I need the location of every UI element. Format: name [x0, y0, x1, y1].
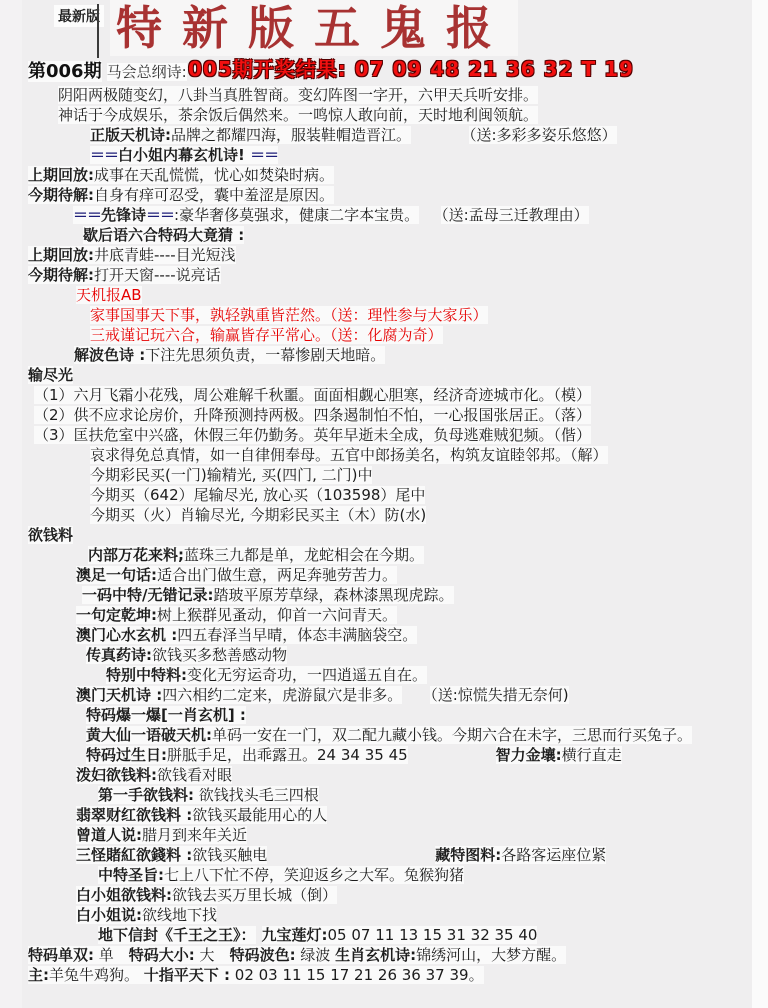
line-label: 主: [28, 966, 49, 984]
text-line: ＝＝先锋诗＝＝:豪华奢侈莫强求，健康二字本宝贵。（送:孟母三迁教理由） [28, 205, 768, 225]
text-line: 特别中特料:变化无穷运奇功，一四逍遥五自在。 [28, 665, 768, 685]
text-line: 澳门心水玄机 :四五春泽当早晴，体态丰满脑袋空。 [28, 625, 768, 645]
line-text: 各路客运座位紧 [501, 846, 606, 864]
line-label: 第一手欲钱料: [98, 786, 194, 804]
line-text: 踏玻平原芳草绿，森林漆黑现虎踪。 [213, 586, 453, 604]
line-text: 四五春泽当早晴，体态丰满脑袋空。 [177, 626, 417, 644]
line-text: 品牌之都耀四海，服装鞋帽造晋江。 [171, 126, 411, 144]
line-text: （3）匡扶危室中兴盛，休假三年仍勤务。英年早逝未全成，负母逃难贼犯频。（偕） [34, 426, 591, 444]
line-label: 欲钱料 [28, 526, 73, 544]
line-label: ＝＝ [90, 146, 118, 164]
text-line: 今期买（642）尾输尽光, 放心买（103598）尾中 [28, 485, 768, 505]
line-text: 天机报AB [76, 286, 142, 304]
line-text: 七上八下忙不停，笑迎返乡之大军。兔猴狗猪 [164, 866, 464, 884]
line-label: 生肖玄机诗: [335, 946, 416, 964]
line-text: 适合出门做生意，两足奔驰劳苦力。 [157, 566, 397, 584]
line-label: 解波色诗 : [74, 346, 145, 364]
line-text: 树上猴群见蚤动，仰首一六问青天。 [157, 606, 397, 624]
text-line: 特码过生日:胼胝手足，出乖露丑。24 34 35 45智力金壤:横行直走 [28, 745, 768, 765]
text-line: 一码中特/无错记录:踏玻平原芳草绿，森林漆黑现虎踪。 [28, 585, 768, 605]
line-text: 变化无穷运奇功，一四逍遥五自在。 [187, 666, 427, 684]
line-label: 输尽光 [28, 366, 73, 384]
line-text: 成事在天乱慌慌，忧心如焚染时病。 [94, 166, 334, 184]
text-line: 白小姐欲钱料:欲钱去买万里长城（倒） [28, 885, 768, 905]
text-line: （2）供不应求论房价，升降预测持两极。四条遏制怕不怕，一心报国张居正。（落） [28, 405, 768, 425]
line-label: 特码波色: [230, 946, 296, 964]
line-label: 上期回放: [28, 246, 94, 264]
issue-subtitle: 马会总纲诗: [107, 63, 187, 81]
text-line: ＝＝白小姐内幕玄机诗! ＝＝ [28, 145, 768, 165]
line-label: 翡翠财红欲钱料 : [76, 806, 192, 824]
text-line: 中特圣旨:七上八下忙不停，笑迎返乡之大军。兔猴狗猪 [28, 865, 768, 885]
text-line: 神话于今成娱乐，茶余饭后偶然来。一鸣惊人敢向前，天时地利闽领航。 [28, 105, 768, 125]
line-text: 欲钱买最能用心的人 [192, 806, 327, 824]
text-line: 三戒谨记玩六合，输赢皆存平常心。（送：化腐为奇） [28, 325, 768, 345]
line-label: 三怪賭紅欲錢料 : [76, 846, 192, 864]
line-text: 今期买（火）肖输尽光, 今期彩民买主（木）防(水) [90, 506, 426, 524]
line-text: （送:惊慌失措无奈何) [430, 686, 568, 704]
line-text: 阴阳两极随变幻，八卦当真胜智商。变幻阵图一字开，六甲天兵听安排。 [58, 86, 538, 104]
header-divider [97, 4, 99, 58]
line-text: 蓝珠三九都是单，龙蛇相会在今期。 [184, 546, 424, 564]
line-label: 白小姐欲钱料: [76, 886, 172, 904]
issue-number: 第006期 [28, 61, 102, 82]
text-line: 黄大仙一语破天机:单码一安在一门，双二配九藏小钱。今期六合在未字，三思而行买兔子… [28, 725, 768, 745]
text-line: 澳门天机诗 :四六相约二定来，虎游鼠穴是非多。（送:惊慌失措无奈何) [28, 685, 768, 705]
text-line: 上期回放:井底青蛙----目光短浅 [28, 245, 768, 265]
text-line: 特码爆一爆[一肖玄机] : [28, 705, 768, 725]
line-label: 内部万花来料; [88, 546, 184, 564]
text-line: 泼妇欲钱料:欲钱看对眼 [28, 765, 768, 785]
line-label: 九宝莲灯: [262, 926, 328, 944]
text-line: 白小姐说:欲线地下找 [28, 905, 768, 925]
report-header: 最新版 特新版五鬼报 第006期 马会总纲诗: 005期开奖结果: 07 09 … [0, 0, 768, 85]
line-text: 神话于今成娱乐，茶余饭后偶然来。一鸣惊人敢向前，天时地利闽领航。 [58, 106, 538, 124]
line-text: 横行直走 [562, 746, 622, 764]
line-label: 歇后语六合特码大竟猜 : [83, 226, 244, 244]
line-text: 腊月到来年关近 [142, 826, 247, 844]
line-label: 今期待解: [28, 266, 94, 284]
line-text: （1）六月飞霜小花残，周公难解千秋噩。面面相觑心胆寒，经济奇迹城市化。（模） [34, 386, 591, 404]
line-text: （2）供不应求论房价，升降预测持两极。四条遏制怕不怕，一心报国张居正。（落） [34, 406, 591, 424]
line-text: 单 [94, 946, 129, 964]
text-line: 正版天机诗:品牌之都耀四海，服装鞋帽造晋江。（送:多彩多姿乐悠悠） [28, 125, 768, 145]
text-line: 内部万花来料;蓝珠三九都是单，龙蛇相会在今期。 [28, 545, 768, 565]
line-text: 锦绣河山，大梦方醒。 [416, 946, 566, 964]
line-text: （送:孟母三迁教理由） [441, 206, 589, 224]
line-label: 今期待解: [28, 186, 94, 204]
text-line: 今期买（火）肖输尽光, 今期彩民买主（木）防(水) [28, 505, 768, 525]
text-line: 欲钱料 [28, 525, 768, 545]
line-text: 欲钱看对眼 [157, 766, 232, 784]
text-line: 一句定乾坤:树上猴群见蚤动，仰首一六问青天。 [28, 605, 768, 625]
line-text: 05 07 11 13 15 31 32 35 40 [328, 926, 538, 944]
line-label: 特别中特料: [106, 666, 187, 684]
text-line: 翡翠财红欲钱料 :欲钱买最能用心的人 [28, 805, 768, 825]
text-line: 歇后语六合特码大竟猜 : [28, 225, 768, 245]
line-text: 胼胝手足，出乖露丑。24 34 35 45 [167, 746, 408, 764]
line-text: 打开天窗----说亮话 [94, 266, 221, 284]
line-text: 02 03 11 15 17 21 26 36 37 39。 [230, 966, 484, 984]
line-label: 澳门天机诗 : [76, 686, 162, 704]
text-line: 三怪賭紅欲錢料 :欲钱买触电藏特图料:各路客运座位紧 [28, 845, 768, 865]
line-label: 先锋诗 [101, 206, 146, 224]
line-label: 特码单双: [28, 946, 94, 964]
line-label: 泼妇欲钱料: [76, 766, 157, 784]
text-line: 上期回放:成事在天乱慌慌，忧心如焚染时病。 [28, 165, 768, 185]
line-label: 一句定乾坤: [76, 606, 157, 624]
text-line: 第一手欲钱料: 欲钱找头毛三四根 [28, 785, 768, 805]
line-text: 羊兔牛鸡狗。 [49, 966, 144, 984]
text-line: 今期彩民买(一门)输精光, 买(四门, 二门)中 [28, 465, 768, 485]
page-title: 特新版五鬼报 [110, 0, 518, 56]
line-text: 今期买（642）尾输尽光, 放心买（103598）尾中 [90, 486, 425, 504]
line-label: 曾道人说: [76, 826, 142, 844]
line-text: 家事国事天下事，孰轻孰重皆茫然。（送：理性参与大家乐） [90, 306, 488, 324]
line-label: 藏特图料: [435, 846, 501, 864]
line-label: 地下信封《千王之王》： [98, 926, 256, 944]
line-text: 欲线地下找 [142, 906, 217, 924]
line-label: 特码爆一爆[一肖玄机] : [86, 706, 246, 724]
line-text: 自身有痒可忍受，囊中羞涩是原因。 [94, 186, 334, 204]
line-label: 智力金壤: [496, 746, 562, 764]
line-text: 绿波 [296, 946, 336, 964]
draw-result-overlay: 005期开奖结果: 07 09 48 21 36 32 T 19 [188, 53, 634, 82]
line-label: 白小姐内幕玄机诗! [118, 146, 250, 164]
line-label: 白小姐说: [76, 906, 142, 924]
text-line: 地下信封《千王之王》：九宝莲灯:05 07 11 13 15 31 32 35 … [28, 925, 768, 945]
line-label: 澳足一句话: [76, 566, 157, 584]
line-label: ＝＝ [146, 206, 174, 224]
line-text: 欲钱找头毛三四根 [194, 786, 319, 804]
line-text: 今期彩民买(一门)输精光, 买(四门, 二门)中 [90, 466, 372, 484]
text-line: 主:羊兔牛鸡狗。 十指平天下 : 02 03 11 15 17 21 26 36… [28, 965, 768, 985]
line-label: 中特圣旨: [98, 866, 164, 884]
line-text: （送:多彩多姿乐悠悠） [469, 126, 617, 144]
text-line: 输尽光 [28, 365, 768, 385]
line-label: 特码过生日: [86, 746, 167, 764]
text-line: 今期待解:自身有痒可忍受，囊中羞涩是原因。 [28, 185, 768, 205]
line-label: 正版天机诗: [90, 126, 171, 144]
text-line: （3）匡扶危室中兴盛，休假三年仍勤务。英年早逝未全成，负母逃难贼犯频。（偕） [28, 425, 768, 445]
line-text: 欲钱去买万里长城（倒） [172, 886, 337, 904]
line-label: ＝＝ [73, 206, 101, 224]
line-label: 特码大小: [129, 946, 195, 964]
line-text: 井底青蛙----目光短浅 [94, 246, 236, 264]
text-line: 澳足一句话:适合出门做生意，两足奔驰劳苦力。 [28, 565, 768, 585]
line-text: 大 [195, 946, 230, 964]
line-label: 澳门心水玄机 : [76, 626, 177, 644]
line-text: 下注先思须负责，一幕惨剧天地暗。 [145, 346, 385, 364]
text-line: 天机报AB [28, 285, 768, 305]
line-text: 四六相约二定来，虎游鼠穴是非多。 [162, 686, 402, 704]
text-line: 特码单双: 单 特码大小: 大 特码波色: 绿波 生肖玄机诗:锦绣河山，大梦方醒… [28, 945, 768, 965]
line-label: ＝＝ [250, 146, 278, 164]
text-line: 家事国事天下事，孰轻孰重皆茫然。（送：理性参与大家乐） [28, 305, 768, 325]
line-text: 欲钱买触电 [192, 846, 267, 864]
text-line: （1）六月飞霜小花残，周公难解千秋噩。面面相觑心胆寒，经济奇迹城市化。（模） [28, 385, 768, 405]
text-line: 哀求得免总真情，如一自律佣奉母。五官中郎扬美名，构筑友谊睦邻邦。（解） [28, 445, 768, 465]
line-text: :豪华奢侈莫强求，健康二字本宝贵。 [174, 206, 419, 224]
text-line: 解波色诗 :下注先思须负责，一幕惨剧天地暗。 [28, 345, 768, 365]
line-label: 上期回放: [28, 166, 94, 184]
line-label: 十指平天下 : [144, 966, 230, 984]
line-text: 单码一安在一门，双二配九藏小钱。今期六合在未字，三思而行买兔子。 [212, 726, 692, 744]
text-line: 曾道人说:腊月到来年关近 [28, 825, 768, 845]
issue-row: 第006期 马会总纲诗: [28, 57, 187, 83]
line-text: 三戒谨记玩六合，输赢皆存平常心。（送：化腐为奇） [90, 326, 443, 344]
text-line: 传真药诗:欲钱买多愁善感动物 [28, 645, 768, 665]
text-line: 阴阳两极随变幻，八卦当真胜智商。变幻阵图一字开，六甲天兵听安排。 [28, 85, 768, 105]
line-label: 传真药诗: [86, 646, 152, 664]
text-line: 今期待解:打开天窗----说亮话 [28, 265, 768, 285]
line-text: 欲钱买多愁善感动物 [152, 646, 287, 664]
line-label: 一码中特/无错记录: [82, 586, 213, 604]
document-lines: 阴阳两极随变幻，八卦当真胜智商。变幻阵图一字开，六甲天兵听安排。神话于今成娱乐，… [0, 85, 768, 985]
five-ghost-report-page: 最新版 特新版五鬼报 第006期 马会总纲诗: 005期开奖结果: 07 09 … [0, 0, 768, 1008]
line-label: 黄大仙一语破天机: [86, 726, 212, 744]
line-text: 哀求得免总真情，如一自律佣奉母。五官中郎扬美名，构筑友谊睦邻邦。（解） [90, 446, 608, 464]
